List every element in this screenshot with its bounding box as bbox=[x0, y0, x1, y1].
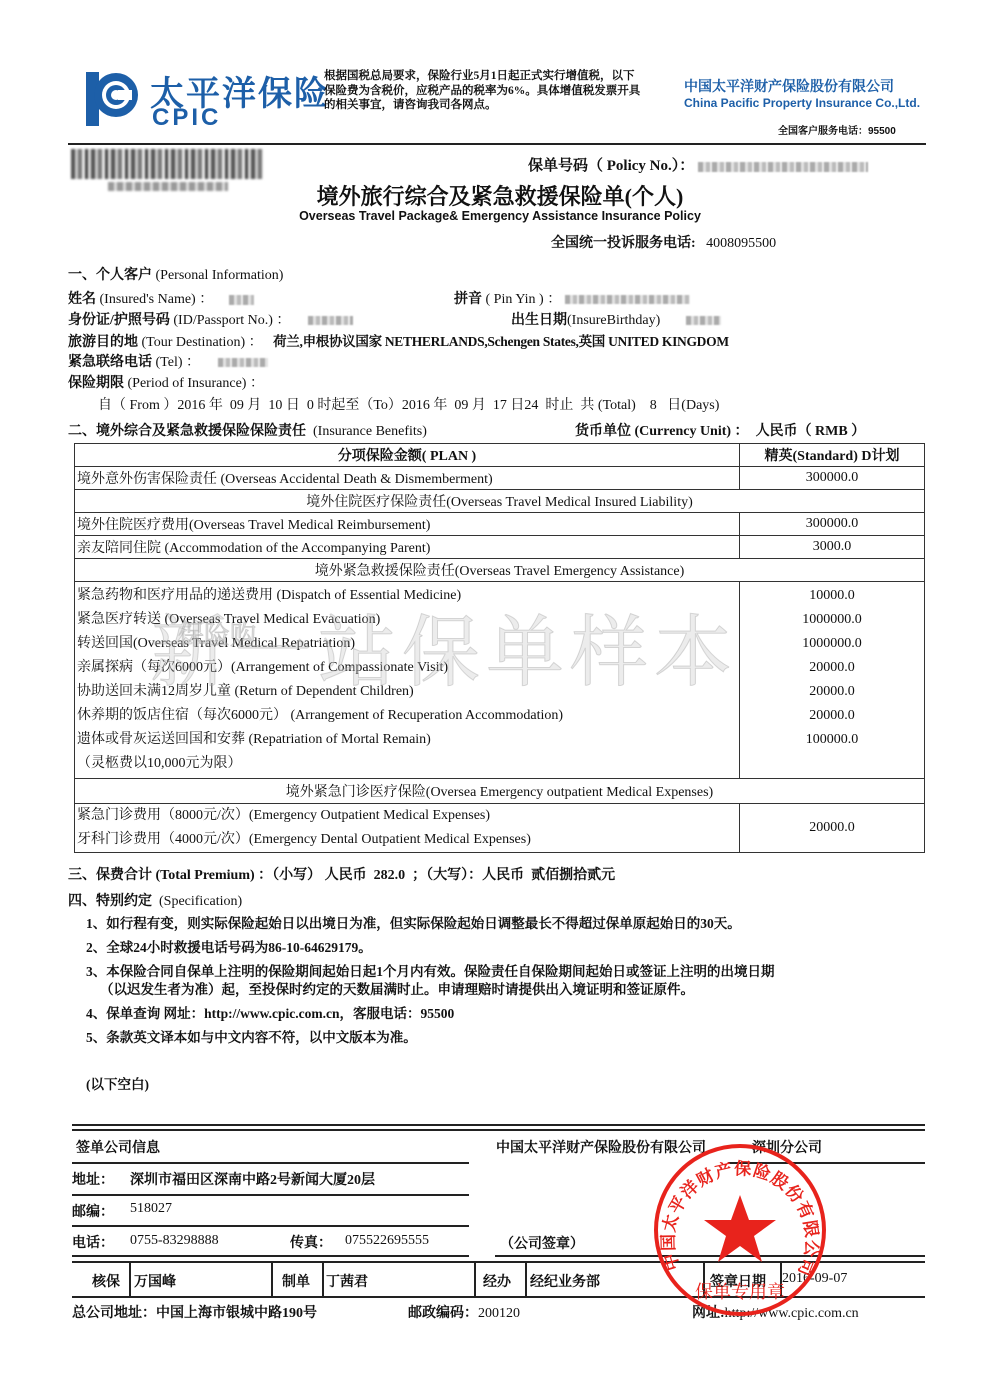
benefit-label: 协助送回未满12周岁儿童 (Return of Dependent Childr… bbox=[77, 680, 737, 704]
maker-label: 制单 bbox=[282, 1271, 310, 1291]
hq-address: 总公司地址：中国上海市银城中路190号 bbox=[72, 1302, 317, 1322]
section-title-cn: 四、特别约定 bbox=[68, 894, 152, 909]
outpatient-row: 紧急门诊费用（8000元/次）(Emergency Outpatient Med… bbox=[75, 804, 925, 853]
label-en: (Period of Insurance) ： bbox=[128, 376, 264, 391]
cell-border bbox=[474, 1262, 476, 1296]
benefit-label: 遗体或骨灰运送回国和安葬 (Repatriation of Mortal Rem… bbox=[77, 728, 737, 752]
policy-number-label: 保单号码（ Policy No.）： bbox=[528, 158, 694, 174]
id-number-redacted bbox=[308, 316, 353, 325]
label-cn: 旅游目的地 bbox=[68, 335, 138, 350]
tel-redacted bbox=[218, 358, 268, 367]
currency-label: 货币单位 (Currency Unit) ： bbox=[575, 424, 749, 439]
benefits-section-heading: 二、境外综合及紧急救援保险保险责任 (Insurance Benefits) bbox=[68, 420, 427, 440]
cell-border bbox=[322, 1262, 324, 1296]
tax-notice: 根据国税总局要求，保险行业5月1日起正式实行增值税，以下保险费为含税价，应税产品… bbox=[324, 69, 644, 113]
spec-item: 2、全球24小时救援电话号码为86-10-64629179。 bbox=[86, 936, 372, 956]
policy-number-redacted bbox=[698, 162, 868, 172]
insured-name-field: 姓名 (Insured's Name) ： bbox=[68, 288, 254, 308]
hq-label: 总公司地址： bbox=[72, 1306, 156, 1321]
label-en: ( Pin Yin ) ： bbox=[486, 292, 562, 307]
table-group-row: 境外紧急门诊医疗保险(Oversea Emergency outpatient … bbox=[75, 779, 925, 804]
maker-name: 丁茜君 bbox=[326, 1271, 368, 1291]
total-premium: 三、保费合计 (Total Premium) ：（小写） 人民币 282.0 ；… bbox=[68, 864, 615, 884]
emergency-tel-field: 紧急联络电话 (Tel) ： bbox=[68, 351, 268, 371]
group-label: 境外住院医疗保险责任(Overseas Travel Medical Insur… bbox=[75, 490, 925, 513]
group-label: 境外紧急救援保险责任(Overseas Travel Emergency Ass… bbox=[75, 559, 925, 582]
benefit-value: 300000.0 bbox=[740, 513, 925, 536]
benefit-label: 紧急门诊费用（8000元/次）(Emergency Outpatient Med… bbox=[77, 804, 737, 828]
brand-name-en: CPIC bbox=[152, 104, 221, 132]
cell-border bbox=[129, 1262, 131, 1296]
currency-unit: 货币单位 (Currency Unit) ： 人民币（ RMB ） bbox=[575, 420, 865, 440]
benefit-label: 境外意外伤害保险责任 (Overseas Accidental Death & … bbox=[75, 467, 740, 490]
zip-value: 200120 bbox=[478, 1306, 520, 1321]
barcode bbox=[71, 149, 263, 179]
phone-label: 电话： bbox=[72, 1232, 114, 1252]
complaint-label: 全国统一投诉服务电话: bbox=[551, 236, 696, 251]
benefit-label: 境外住院医疗费用(Overseas Travel Medical Reimbur… bbox=[75, 513, 740, 536]
table-header-row: 分项保险金额( PLAN ) 精英(Standard) D计划 bbox=[75, 444, 925, 467]
emergency-items-values: 10000.0 1000000.0 1000000.0 20000.0 2000… bbox=[740, 582, 925, 779]
policy-number: 保单号码（ Policy No.）： bbox=[528, 154, 868, 175]
section-title-en: (Insurance Benefits) bbox=[313, 424, 427, 439]
table-group-row: 境外住院医疗保险责任(Overseas Travel Medical Insur… bbox=[75, 490, 925, 513]
divider bbox=[72, 1129, 925, 1131]
issuer-fax: 075522695555 bbox=[345, 1233, 429, 1249]
divider bbox=[72, 1124, 925, 1126]
benefit-label: 休养期的饭店住宿（每次6000元） (Arrangement of Recupe… bbox=[77, 704, 737, 728]
label-cn: 紧急联络电话 bbox=[68, 355, 152, 370]
benefit-label: 亲友陪同住院 (Accommodation of the Accompanyin… bbox=[75, 536, 740, 559]
complaint-hotline: 全国统一投诉服务电话: 4008095500 bbox=[551, 232, 776, 252]
handler-label: 经办 bbox=[483, 1271, 511, 1291]
spec-item: 3、本保险合同自保单上注明的保险期间起始日起1个月内有效。保险责任自保险期间起始… bbox=[86, 960, 775, 980]
benefit-label: 亲属探病（每次6000元）(Arrangement of Compassiona… bbox=[77, 656, 737, 680]
hq-zip: 邮政编码：200120 bbox=[408, 1302, 520, 1322]
spec-item-continued: （以迟发生者为准）起，至投保时约定的天数届满时止。申请理赔时请提供出入境证明和签… bbox=[100, 978, 694, 998]
table-group-row: 境外紧急救援保险责任(Overseas Travel Emergency Ass… bbox=[75, 559, 925, 582]
personal-section-heading: 一、个人客户 (Personal Information) bbox=[68, 264, 283, 284]
divider bbox=[72, 1162, 469, 1164]
pinyin-redacted bbox=[565, 295, 690, 304]
period-field: 保险期限 (Period of Insurance) ： bbox=[68, 372, 264, 392]
destination-value: 荷兰,申根协议国家 NETHERLANDS,Schengen States,英国… bbox=[273, 334, 729, 349]
issuer-address: 深圳市福田区深南中路2号新闻大厦20层 bbox=[130, 1169, 375, 1189]
benefit-value: 20000.0 bbox=[740, 804, 925, 853]
insured-name-redacted bbox=[229, 295, 254, 305]
cpic-logo-icon bbox=[82, 68, 142, 128]
benefit-value: 20000.0 bbox=[742, 680, 922, 704]
section-title-cn: 一、个人客户 bbox=[68, 268, 152, 283]
id-passport-field: 身份证/护照号码 (ID/Passport No.) ： bbox=[68, 309, 353, 329]
customer-service-phone: 全国客户服务电话：95500 bbox=[778, 122, 896, 137]
benefit-value: 20000.0 bbox=[742, 656, 922, 680]
underwriter-label: 核保 bbox=[92, 1271, 120, 1291]
period-value: 自（ From ）2016 年 09 月 10 日 0 时起至（To）2016 … bbox=[98, 394, 719, 414]
birthday-field: 出生日期(InsureBirthday) bbox=[511, 309, 721, 329]
complaint-phone: 4008095500 bbox=[706, 236, 776, 251]
issuer-postcode: 518027 bbox=[130, 1201, 172, 1217]
group-label: 境外紧急门诊医疗保险(Oversea Emergency outpatient … bbox=[75, 779, 925, 804]
spec-item: 4、保单查询 网址：http://www.cpic.com.cn，客服电话：95… bbox=[86, 1002, 454, 1022]
section-title-en: (Personal Information) bbox=[156, 268, 284, 283]
table-row: 境外住院医疗费用(Overseas Travel Medical Reimbur… bbox=[75, 513, 925, 536]
label-en: (InsureBirthday) bbox=[567, 313, 660, 328]
label-cn: 身份证/护照号码 bbox=[68, 313, 170, 328]
star-icon bbox=[704, 1195, 776, 1262]
specification-heading: 四、特别约定 (Specification) bbox=[68, 890, 242, 910]
benefit-note: （灵柩费以10,000元为限） bbox=[77, 752, 737, 776]
issuer-section-title: 签单公司信息 bbox=[76, 1137, 160, 1157]
col-plan-header: 分项保险金额( PLAN ) bbox=[75, 444, 740, 467]
table-row: 境外意外伤害保险责任 (Overseas Accidental Death & … bbox=[75, 467, 925, 490]
issuer-phone: 0755-83298888 bbox=[130, 1233, 219, 1249]
benefit-value: 300000.0 bbox=[740, 467, 925, 490]
benefit-value: 10000.0 bbox=[742, 584, 922, 608]
header-divider bbox=[68, 143, 926, 145]
table-row: 亲友陪同住院 (Accommodation of the Accompanyin… bbox=[75, 536, 925, 559]
hq-value: 中国上海市银城中路190号 bbox=[156, 1306, 317, 1321]
label-en: (Tel) ： bbox=[156, 355, 201, 370]
zip-label: 邮政编码： bbox=[408, 1306, 478, 1321]
outpatient-labels: 紧急门诊费用（8000元/次）(Emergency Outpatient Med… bbox=[75, 804, 740, 853]
benefits-table: 分项保险金额( PLAN ) 精英(Standard) D计划 境外意外伤害保险… bbox=[74, 443, 925, 853]
benefit-value: 100000.0 bbox=[742, 728, 922, 752]
cell-border bbox=[271, 1262, 273, 1296]
currency-value: 人民币（ RMB ） bbox=[756, 424, 866, 439]
company-name-en: China Pacific Property Insurance Co.,Ltd… bbox=[684, 96, 920, 110]
benefit-label: 紧急医疗转送 (Overseas Travel Medical Evacuati… bbox=[77, 608, 737, 632]
label-cn: 出生日期 bbox=[511, 313, 567, 328]
label-en: (Tour Destination) ： bbox=[142, 335, 263, 350]
divider bbox=[72, 1194, 469, 1196]
spec-item: 5、条款英文译本如与中文内容不符，以中文版本为准。 bbox=[86, 1026, 417, 1046]
benefit-value: 1000000.0 bbox=[742, 632, 922, 656]
document-title-cn: 境外旅行综合及紧急救援保险单(个人) bbox=[0, 180, 1000, 211]
seal-label: （公司签章） bbox=[500, 1233, 584, 1253]
label-cn: 拼音 bbox=[454, 292, 482, 307]
pinyin-field: 拼音 ( Pin Yin ) ： bbox=[454, 288, 690, 308]
section-title-cn: 二、境外综合及紧急救援保险保险责任 bbox=[68, 424, 306, 439]
divider bbox=[72, 1255, 469, 1257]
birthday-redacted bbox=[686, 316, 721, 325]
fax-label: 传真： bbox=[290, 1232, 332, 1252]
company-name-cn: 中国太平洋财产保险股份有限公司 bbox=[684, 76, 894, 96]
benefit-label: 紧急药物和医疗用品的递送费用 (Dispatch of Essential Me… bbox=[77, 584, 737, 608]
destination-field: 旅游目的地 (Tour Destination) ： 荷兰,申根协议国家 NET… bbox=[68, 330, 729, 351]
document-title-en: Overseas Travel Package& Emergency Assis… bbox=[0, 209, 1000, 223]
benefit-label: 牙科门诊费用（4000元/次）(Emergency Dental Outpati… bbox=[77, 828, 737, 852]
label-cn: 保险期限 bbox=[68, 376, 124, 391]
benefit-value: 1000000.0 bbox=[742, 608, 922, 632]
underwriter-name: 万国峰 bbox=[134, 1271, 176, 1291]
postcode-label: 邮编： bbox=[72, 1201, 114, 1221]
divider bbox=[72, 1225, 469, 1227]
col-tier-header: 精英(Standard) D计划 bbox=[740, 444, 925, 467]
address-label: 地址： bbox=[72, 1169, 114, 1189]
section-title-en: (Specification) bbox=[159, 894, 242, 909]
blank-note: (以下空白) bbox=[86, 1073, 149, 1093]
emergency-items-labels: 紧急药物和医疗用品的递送费用 (Dispatch of Essential Me… bbox=[75, 582, 740, 779]
emergency-items-row: 紧急药物和医疗用品的递送费用 (Dispatch of Essential Me… bbox=[75, 582, 925, 779]
handler-name: 经纪业务部 bbox=[530, 1271, 600, 1291]
spec-item: 1、如行程有变，则实际保险起始日以出境日为准，但实际保险起始日调整最长不得超过保… bbox=[86, 912, 741, 932]
benefit-value: 20000.0 bbox=[742, 704, 922, 728]
company-seal-stamp: 中国太平洋财产保险股份有限公司深圳分公司 保单专用章 bbox=[650, 1140, 830, 1320]
label-en: (ID/Passport No.) ： bbox=[173, 313, 290, 328]
benefit-value: 3000.0 bbox=[740, 536, 925, 559]
label-en: (Insured's Name) ： bbox=[100, 292, 214, 307]
cell-border bbox=[525, 1262, 527, 1296]
benefit-label: 转送回国(Overseas Travel Medical Repatriatio… bbox=[77, 632, 737, 656]
label-cn: 姓名 bbox=[68, 292, 96, 307]
stamp-subtext: 保单专用章 bbox=[695, 1282, 785, 1303]
